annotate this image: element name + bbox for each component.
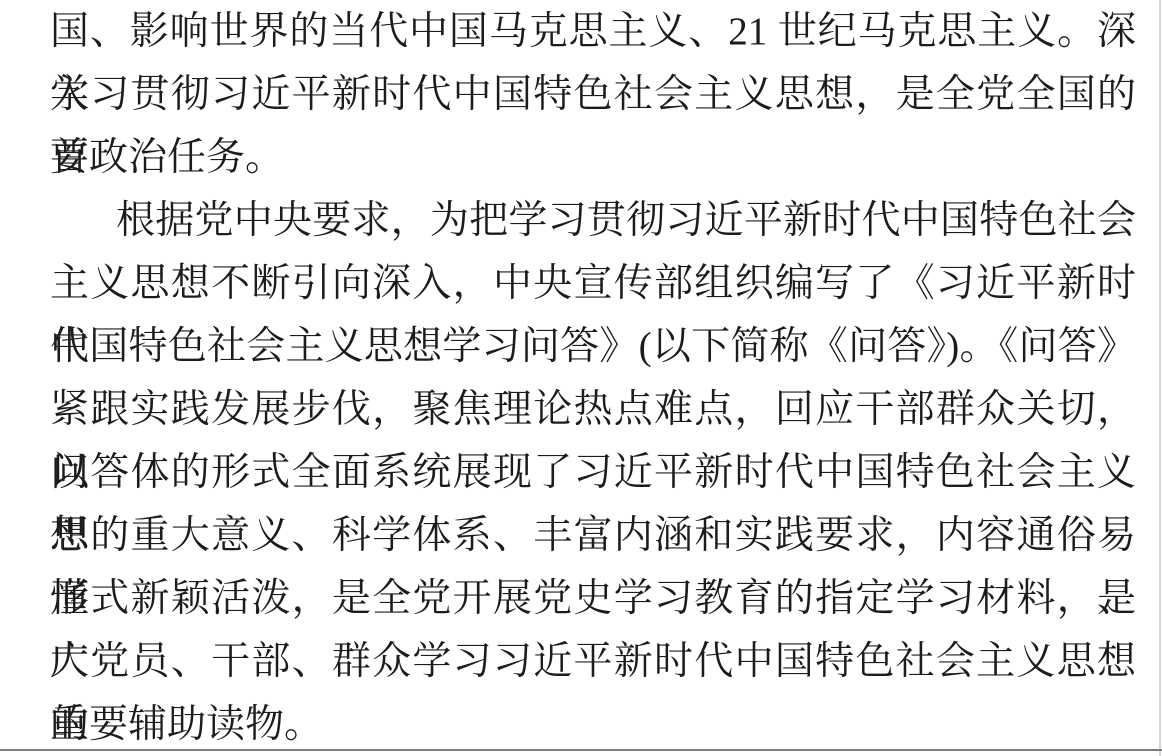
document-page: 国、影响世界的当代中国马克思主义、21 世纪马克思主义。深入 学习贯彻习近平新时… bbox=[0, 0, 1162, 756]
text-line: 主义思想不断引向深入，中央宣传部组织编写了《习近平新时代 bbox=[50, 252, 1136, 315]
text-line: 中国特色社会主义思想学习问答》(以下简称《问答》)。《问答》 bbox=[50, 315, 1136, 378]
text-line: 想的重大意义、科学体系、丰富内涵和实践要求，内容通俗易懂、 bbox=[50, 504, 1136, 567]
text-line: 学习贯彻习近平新时代中国特色社会主义思想，是全党全国的首 bbox=[50, 63, 1136, 126]
text-line: 根据党中央要求，为把学习贯彻习近平新时代中国特色社会 bbox=[50, 189, 1136, 252]
text-line: 形式新颖活泼，是全党开展党史学习教育的指定学习材料，是广 bbox=[50, 567, 1136, 630]
text-line: 问答体的形式全面系统展现了习近平新时代中国特色社会主义思 bbox=[50, 441, 1136, 504]
text-line: 重要辅助读物。 bbox=[50, 693, 1136, 756]
bottom-divider-line bbox=[0, 749, 1162, 751]
page-right-edge-line bbox=[1159, 0, 1161, 756]
text-block: 国、影响世界的当代中国马克思主义、21 世纪马克思主义。深入 学习贯彻习近平新时… bbox=[50, 0, 1136, 756]
text-line: 大党员、干部、群众学习习近平新时代中国特色社会主义思想的 bbox=[50, 630, 1136, 693]
text-line: 国、影响世界的当代中国马克思主义、21 世纪马克思主义。深入 bbox=[50, 0, 1136, 63]
text-line: 要政治任务。 bbox=[50, 126, 1136, 189]
text-line: 紧跟实践发展步伐，聚焦理论热点难点，回应干部群众关切，以 bbox=[50, 378, 1136, 441]
